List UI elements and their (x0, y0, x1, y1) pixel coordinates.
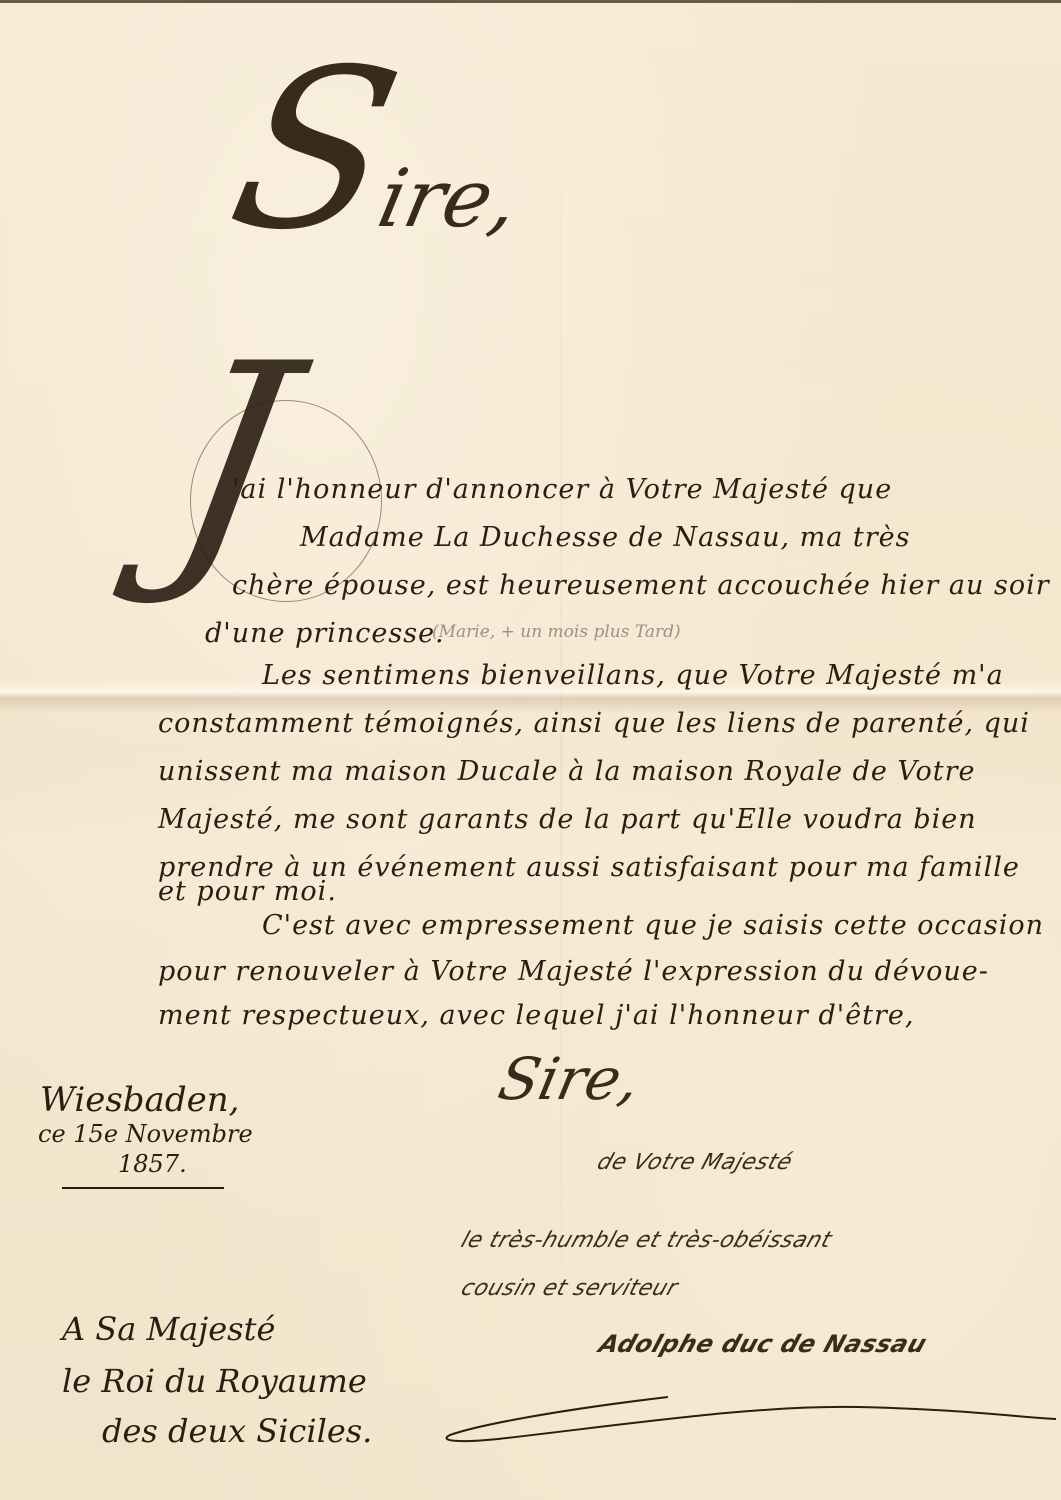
body-line: pour renouveler à Votre Majesté l'expres… (158, 956, 989, 987)
salutation: Sire, (217, 40, 551, 260)
body-line: C'est avec empressement que je saisis ce… (262, 910, 1044, 941)
salutation-rest: ire, (371, 152, 527, 245)
body-line: constamment témoignés, ainsi que les lie… (158, 708, 1030, 739)
closing-line: cousin et serviteur (458, 1276, 681, 1301)
letter-page: Sire, J 'ai l'honneur d'annoncer à Votre… (0, 0, 1061, 1500)
addressee-line: des deux Siciles. (102, 1412, 372, 1450)
body-line: ment respectueux, avec lequel j'ai l'hon… (158, 1000, 915, 1031)
closing-salutation: Sire, (493, 1045, 646, 1113)
body-line: Les sentimens bienveillans, que Votre Ma… (262, 660, 1004, 691)
body-line: chère épouse, est heureusement accouchée… (232, 570, 1050, 601)
date-underline (62, 1187, 224, 1189)
year: 1857. (118, 1150, 187, 1178)
addressee-line: A Sa Majesté (62, 1310, 275, 1348)
body-line: 'ai l'honneur d'annoncer à Votre Majesté… (232, 474, 892, 505)
body-line: unissent ma maison Ducale à la maison Ro… (158, 756, 975, 787)
body-line: et pour moi. (158, 876, 337, 907)
addressee-line: le Roi du Royaume (62, 1362, 367, 1400)
closing-line: le très-humble et très-obéissant (458, 1228, 835, 1253)
signature: Adolphe duc de Nassau (595, 1330, 930, 1358)
closing-line: de Votre Majesté (594, 1150, 796, 1175)
paper-top-edge (0, 0, 1061, 3)
body-line: Madame La Duchesse de Nassau, ma très (300, 522, 911, 553)
date-line: ce 15e Novembre (38, 1120, 253, 1148)
signature-flourish (438, 1395, 1058, 1443)
pencil-annotation: (Marie, + un mois plus Tard) (432, 622, 681, 642)
vertical-crease (560, 0, 562, 1500)
body-line: Majesté, me sont garants de la part qu'E… (158, 804, 977, 835)
body-line: d'une princesse. (205, 618, 445, 649)
place: Wiesbaden, (40, 1080, 239, 1120)
